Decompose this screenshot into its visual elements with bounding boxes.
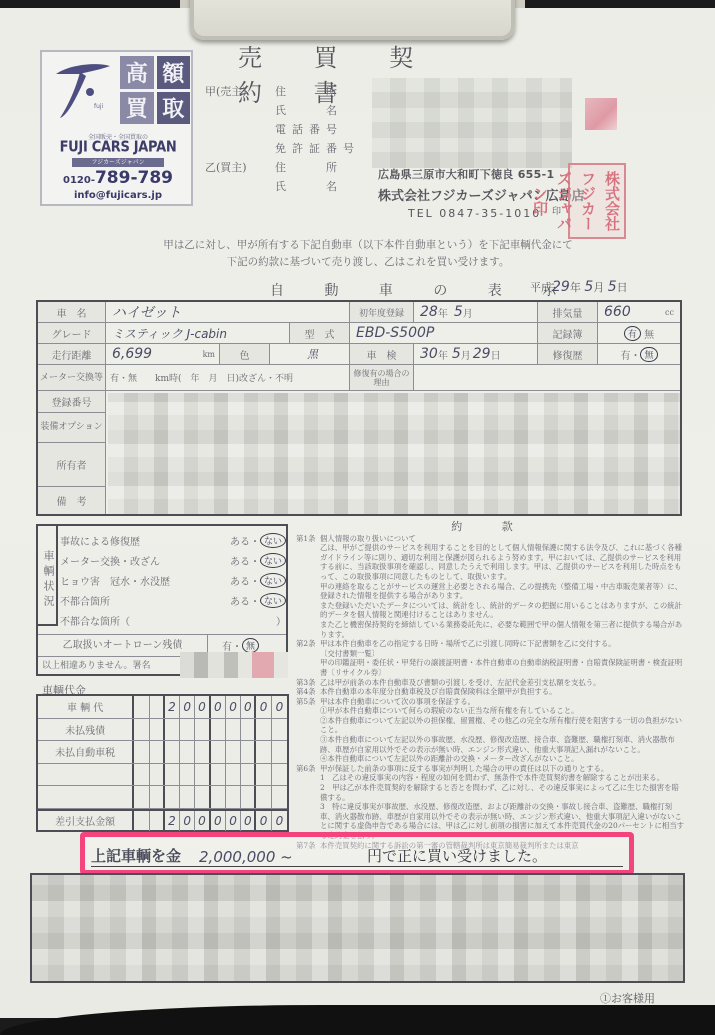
article-text: 個人情報の取り扱いについて — [320, 534, 686, 544]
status-rows: 事故による修復歴ある・ない メーター交換・改ざんある・ない ヒョウ害 冠水・水没… — [60, 530, 286, 630]
price-digit-cell[interactable]: 0 — [211, 811, 226, 831]
price-digit-cell[interactable]: 0 — [272, 696, 287, 718]
price-digit-cell[interactable]: 0 — [195, 696, 210, 718]
price-digit-cell[interactable] — [150, 741, 165, 763]
terms-article: 甲の連絡を取ることがサービスの運営上必要とされる場合、乙の提携先（整備工場・中古… — [296, 582, 686, 601]
status-label: 事故による修復歴 — [60, 533, 230, 548]
price-label: 差引支払金額 — [38, 811, 134, 831]
intro-line: 甲は乙に対し、甲が所有する下記自動車（以下本件自動車という）を下記車輌代金にて — [88, 237, 648, 254]
price-digit-cell[interactable] — [241, 786, 256, 808]
logo-kanji: 買 — [120, 92, 154, 125]
vehicle-grid: .vg { position:absolute; border-right:1p… — [36, 300, 682, 516]
price-digit-cell[interactable] — [165, 741, 180, 763]
price-digit-cell[interactable] — [165, 764, 180, 786]
article-number — [296, 601, 320, 620]
price-digit-cell[interactable] — [272, 764, 287, 786]
logo-kanji: 取 — [157, 92, 191, 125]
price-digit-cell[interactable] — [134, 764, 149, 786]
label-grade: グレード — [38, 323, 106, 344]
phone-number: 789-789 — [95, 168, 173, 188]
terms-article: また乙と機密保持契約を締結している業務委託先に、必要な範囲で甲の個人情報を第三者… — [296, 620, 686, 639]
price-digit-cell[interactable] — [180, 719, 195, 741]
price-row — [38, 786, 287, 809]
status-label: 不都合な箇所（ — [60, 613, 276, 628]
mileage-field[interactable]: 6,699km — [106, 344, 220, 365]
price-digit-cell[interactable] — [150, 764, 165, 786]
price-label: 未払自動車税 — [38, 741, 134, 763]
label-meter-swap: メーター交換等 — [38, 365, 106, 391]
article-number — [296, 716, 320, 735]
copy-label: ①お客様用 — [600, 990, 655, 1006]
price-digit-cell[interactable] — [241, 764, 256, 786]
terms-article: 甲の印鑑証明・委任状・甲発行の譲渡証明書・本件自動車の自動車納税証明書・自賠責保… — [296, 658, 686, 677]
article-number — [296, 658, 320, 677]
article-text: ④本件自動車について左記以外の距離計の交換・メーター改ざんがないこと。 — [320, 754, 686, 764]
article-text: 甲は本件自動車について次の事項を保証する。 — [320, 697, 686, 707]
status-selected: ない — [260, 573, 286, 588]
price-digit-cell[interactable] — [165, 786, 180, 808]
article-number — [296, 582, 320, 601]
status-label: ヒョウ害 冠水・水没歴 — [60, 573, 230, 588]
price-digit-cell[interactable] — [211, 764, 226, 786]
confirmation-amount[interactable]: 2,000,000 ~ — [199, 848, 359, 866]
price-digit-cell[interactable]: 0 — [241, 811, 256, 831]
price-digit-cell[interactable] — [272, 719, 287, 741]
article-number — [296, 773, 320, 783]
price-digit-cell[interactable] — [195, 719, 210, 741]
label-model-type: 型 式 — [290, 323, 350, 344]
repair-history-other: 有・ — [620, 347, 640, 362]
price-digit-cell[interactable]: 2 — [165, 696, 180, 718]
label-repair-reason: 修復有の場合の理由 — [350, 365, 414, 391]
article-text: 甲は本件自動車を乙の指定する日時・場所で乙に引渡し同時に下記書類を乙に交付する。 — [320, 639, 686, 649]
article-number — [296, 706, 320, 716]
clipboard-clip — [190, 0, 515, 40]
signature-redacted — [180, 652, 288, 678]
article-number: 第4条 — [296, 687, 320, 697]
company-stamp: 株式会社フジカーズジャパン印 — [568, 163, 626, 239]
grade-field[interactable]: ミスティック J-cabin — [106, 323, 290, 344]
price-digit-cell[interactable] — [180, 741, 195, 763]
price-digit-cell[interactable] — [226, 764, 241, 786]
price-digit-cell[interactable] — [226, 741, 241, 763]
repair-history-selected: 無 — [640, 347, 657, 362]
logo-sub-banner: フジカーズジャパン — [72, 158, 164, 167]
price-digit-cell[interactable]: 0 — [272, 811, 287, 831]
status-row[interactable]: メーター交換・改ざんある・ない — [60, 550, 286, 570]
vehicle-section-title: 自 動 車 の 表 示 — [270, 280, 574, 300]
loan-option: 有・ — [222, 638, 242, 653]
signature-area-redacted — [30, 873, 685, 983]
article-number: 第3条 — [296, 678, 320, 688]
article-text: また乙と機密保持契約を締結している業務委託先に、必要な範囲で甲の個人情報を第三者… — [320, 620, 686, 639]
price-digit-cell[interactable] — [256, 786, 271, 808]
seller-label: 甲(売主) — [205, 82, 275, 101]
status-option: ） — [276, 613, 286, 628]
price-digit-cell[interactable] — [134, 719, 149, 741]
confirmation-suffix: 円で正に買い受けました。 — [367, 845, 547, 866]
terms-article: 〔交付書類一覧〕 — [296, 649, 686, 659]
first-reg-year: 28 — [420, 304, 438, 320]
terms-article: 第2条甲は本件自動車を乙の指定する日時・場所で乙に引渡し同時に下記書類を乙に交付… — [296, 639, 686, 649]
article-text: ②本件自動車について左記以外の担保権、留置権、その他乙の完全な所有権行使を阻害す… — [320, 716, 686, 735]
terms-article: また登録いただいたデータについては、統計をし、統計的データの把握に用いることはあ… — [296, 601, 686, 620]
label-car-name: 車 名 — [38, 302, 106, 323]
purchase-confirmation-highlight: 上記車輌を金 2,000,000 ~ 円で正に買い受けました。 — [80, 832, 634, 875]
label-repair-history: 修復歴 — [538, 344, 598, 365]
price-digit-cell[interactable]: 0 — [180, 811, 195, 831]
purchase-confirmation: 上記車輌を金 2,000,000 ~ 円で正に買い受けました。 — [91, 843, 623, 867]
price-label: 車 輌 代 — [38, 696, 134, 718]
company-logo: fuji 高 額 買 取 全国販売・全国買取の FUJI CARS JAPAN … — [40, 50, 193, 206]
price-digit-cell[interactable]: 0 — [256, 811, 271, 831]
price-digit-cell[interactable] — [134, 786, 149, 808]
price-digit-cell[interactable] — [134, 696, 149, 718]
article-number — [296, 649, 320, 659]
price-table: 車 輌 代20000000未払残債未払自動車税差引支払金額20000000 — [36, 694, 289, 832]
status-row[interactable]: 不都合箇所ある・ない — [60, 590, 286, 610]
article-text: ③本件自動車について左記以外の事故歴、水没歴、修復改造歴、接合車、盗難歴、職権打… — [320, 735, 686, 754]
terms-article: ③本件自動車について左記以外の事故歴、水没歴、修復改造歴、接合車、盗難歴、職権打… — [296, 735, 686, 754]
inspection-day: 29 — [473, 346, 491, 362]
price-digit-cell[interactable] — [211, 741, 226, 763]
repair-history-field[interactable]: 有・無 — [598, 344, 680, 365]
confirmation-label: 上記車輌を金 — [91, 845, 181, 866]
date-suffix: 日 — [617, 281, 628, 294]
article-number: 第1条 — [296, 534, 320, 544]
price-digit-cell[interactable] — [134, 811, 149, 831]
logo-email: info@fujicars.jp — [48, 190, 188, 201]
mileage-unit: km — [203, 350, 215, 359]
terms-title: 約 款 — [296, 522, 686, 532]
article-text: 甲の印鑑証明・委任状・甲発行の譲渡証明書・本件自動車の自動車納税証明書・自賠責保… — [320, 658, 686, 677]
vehicle-details-redacted — [108, 393, 680, 514]
terms-article: 乙は、甲がご提供のサービスを利用することを目的として個人情報保護に関する法令及び… — [296, 543, 686, 581]
car-name-value: ハイゼット — [112, 302, 181, 322]
date-year: 29 — [552, 279, 570, 295]
price-row: 車 輌 代20000000 — [38, 696, 287, 719]
field-label: 住 所 — [275, 158, 375, 177]
price-label — [38, 764, 134, 786]
mileage-value: 6,699 — [112, 346, 152, 362]
article-text: 本件自動車の本年度分自動車税及び自賠責保険料は全額甲が負担する。 — [320, 687, 686, 697]
article-number — [296, 543, 320, 581]
article-text: 1 乙はその違反事実の内容・程度の如何を問わず、無条件で本件売買契約書を解除する… — [320, 773, 686, 783]
label-registration-no: 登録番号 — [38, 391, 106, 413]
price-digit-cell[interactable]: 0 — [211, 696, 226, 718]
price-digit-cell[interactable]: 0 — [256, 696, 271, 718]
article-number: 第6条 — [296, 764, 320, 774]
label-color: 色 — [220, 344, 270, 365]
terms-article: 2 甲は乙が本件売買契約を解除すると否とを問わず、乙に対し、その違反事実によって… — [296, 783, 686, 802]
status-option: ある・ — [230, 553, 260, 568]
price-row: 未払残債 — [38, 719, 287, 742]
first-registration-field[interactable]: 28年 5月 — [414, 302, 538, 323]
phone-prefix: 0120- — [63, 175, 95, 186]
party-labels: 甲(売主)住 所 氏 名 電話番号 免許証番号 乙(買主)住 所 氏 名 — [205, 82, 375, 196]
intro-line: 下記の約款に基づいて売り渡し、乙はこれを買い受けます。 — [88, 254, 648, 271]
price-digit-cell[interactable]: 0 — [226, 811, 241, 831]
price-label — [38, 786, 134, 808]
price-digit-cell[interactable] — [241, 719, 256, 741]
fuji-logo-icon: fuji — [50, 60, 114, 122]
field-label: 氏 名 — [275, 101, 375, 120]
price-digit-cell[interactable] — [150, 696, 165, 718]
price-digit-cell[interactable] — [195, 741, 210, 763]
seller-seal-redacted — [585, 98, 617, 130]
price-digit-cell[interactable] — [256, 764, 271, 786]
repair-reason-field[interactable] — [414, 365, 680, 391]
price-digit-cell[interactable]: 0 — [180, 696, 195, 718]
status-option: ある・ — [230, 593, 260, 608]
terms-article: ④本件自動車について左記以外の距離計の交換・メーター改ざんがないこと。 — [296, 754, 686, 764]
price-digit-cell[interactable] — [256, 741, 271, 763]
seller-info-redacted — [372, 78, 572, 168]
label-mileage: 走行距離 — [38, 344, 106, 365]
logo-company-name: FUJI CARS JAPAN — [48, 139, 188, 156]
price-row — [38, 764, 287, 787]
price-digit-cell[interactable] — [226, 719, 241, 741]
price-total-row: 差引支払金額20000000 — [38, 809, 287, 831]
article-text: また登録いただいたデータについては、統計をし、統計的データの把握に用いることはあ… — [320, 601, 686, 620]
status-row[interactable]: 不都合な箇所（） — [60, 610, 286, 630]
unit-month: 月 — [461, 347, 471, 362]
status-side-label: 車輌状況 — [38, 526, 58, 626]
terms-article: ②本件自動車について左記以外の担保権、留置権、その他乙の完全な所有権行使を阻害す… — [296, 716, 686, 735]
status-option: ある・ — [230, 573, 260, 588]
price-digit-cell[interactable] — [180, 764, 195, 786]
date-month: 5 — [584, 279, 593, 295]
terms-article: 第4条本件自動車の本年度分自動車税及び自賠責保険料は全額甲が負担する。 — [296, 687, 686, 697]
unit-year: 年 — [438, 305, 448, 320]
record-book-field[interactable]: 有 無 — [598, 323, 680, 344]
status-option: ある・ — [230, 533, 260, 548]
price-digit-cell[interactable] — [211, 719, 226, 741]
contract-date: 平成29年 5月 5日 — [530, 279, 628, 295]
price-digit-cell[interactable] — [150, 811, 165, 831]
price-digit-cell[interactable] — [256, 719, 271, 741]
meter-swap-text: 有・無 km時( 年 月 日)改ざん・不明 — [110, 371, 293, 384]
price-digit-cell[interactable] — [195, 786, 210, 808]
price-digit-cell[interactable]: 0 — [226, 696, 241, 718]
svg-text:fuji: fuji — [94, 103, 104, 110]
price-digit-cell[interactable] — [134, 741, 149, 763]
price-digit-cell[interactable]: 2 — [165, 811, 180, 831]
status-row[interactable]: 事故による修復歴ある・ない — [60, 530, 286, 550]
model-type-field[interactable]: EBD-S500P — [350, 323, 538, 344]
terms-article: ①甲が本件自動車について何らの瑕疵のない正当な所有権を有していること。 — [296, 706, 686, 716]
label-equipment: 装備オプション — [38, 413, 106, 443]
terms-article: 第6条甲が保証した前条の事項に反する事実が判明した場合の甲の責任は以下の通りとす… — [296, 764, 686, 774]
price-digit-cell[interactable] — [272, 741, 287, 763]
displacement-unit: cc — [665, 308, 674, 317]
date-suffix: 年 — [570, 281, 581, 294]
article-text: 〔交付書類一覧〕 — [320, 649, 686, 659]
terms-section: 約 款 第1条個人情報の取り扱いについて乙は、甲がご提供のサービスを利用すること… — [296, 522, 686, 850]
logo-phone: 0120-789-789 — [48, 168, 188, 188]
logo-kanji: 高 — [120, 56, 154, 89]
terms-article: 第3条乙は甲が前条の本件自動車及び書類の引渡しを受け、左記代金差引支払額を支払う… — [296, 678, 686, 688]
label-first-registration: 初年度登録 — [350, 302, 414, 323]
model-type-value: EBD-S500P — [356, 325, 434, 341]
price-digit-cell[interactable]: 0 — [241, 696, 256, 718]
car-name-field[interactable]: ハイゼット — [106, 302, 350, 323]
article-number: 第5条 — [296, 697, 320, 707]
date-era: 平成 — [530, 281, 552, 294]
logo-kanji: 額 — [157, 56, 191, 89]
status-selected: ない — [260, 593, 286, 608]
field-label: 住 所 — [275, 82, 375, 101]
price-digit-cell[interactable] — [150, 719, 165, 741]
field-label: 電話番号 — [275, 120, 375, 139]
label-inspection: 車 検 — [350, 344, 414, 365]
price-digit-cell[interactable]: 0 — [195, 811, 210, 831]
price-label: 未払残債 — [38, 719, 134, 741]
confirm-text: 以上相違ありません。署名 — [42, 661, 151, 671]
inspection-month: 5 — [452, 346, 461, 362]
article-text: 甲の連絡を取ることがサービスの運営上必要とされる場合、乙の提携先（整備工場・中古… — [320, 582, 686, 601]
price-digit-cell[interactable] — [180, 786, 195, 808]
terms-list: 第1条個人情報の取り扱いについて乙は、甲がご提供のサービスを利用することを目的と… — [296, 534, 686, 851]
status-row[interactable]: ヒョウ害 冠水・水没歴ある・ない — [60, 570, 286, 590]
price-digit-cell[interactable] — [272, 786, 287, 808]
article-text: 2 甲は乙が本件売買契約を解除すると否とを問わず、乙に対し、その違反事実によって… — [320, 783, 686, 802]
label-record-book: 記録簿 — [538, 323, 598, 344]
inspection-field[interactable]: 30年 5月 29日 — [414, 344, 538, 365]
terms-article: 1 乙はその違反事実の内容・程度の如何を問わず、無条件で本件売買契約書を解除する… — [296, 773, 686, 783]
article-text: 乙は、甲がご提供のサービスを利用することを目的として個人情報保護に関する法令及び… — [320, 543, 686, 581]
label-displacement: 排気量 — [538, 302, 598, 323]
price-digit-cell[interactable] — [195, 764, 210, 786]
unit-year: 年 — [438, 347, 448, 362]
label-owner: 所有者 — [38, 443, 106, 487]
loan-selected: 無 — [242, 638, 259, 653]
status-selected: ない — [260, 553, 286, 568]
article-number: 第2条 — [296, 639, 320, 649]
date-day: 5 — [608, 279, 617, 295]
displacement-field[interactable]: 660cc — [598, 302, 680, 323]
article-number — [296, 735, 320, 754]
unit-day: 日 — [491, 347, 501, 362]
label-remarks: 備 考 — [38, 487, 106, 514]
status-selected: ない — [260, 533, 286, 548]
field-label: 氏 名 — [275, 177, 375, 196]
price-digit-cell[interactable] — [165, 719, 180, 741]
record-book-other: 無 — [641, 326, 654, 341]
article-number — [296, 620, 320, 639]
article-number — [296, 754, 320, 764]
price-digit-cell[interactable] — [211, 786, 226, 808]
article-text: 乙は甲が前条の本件自動車及び書類の引渡しを受け、左記代金差引支払額を支払う。 — [320, 678, 686, 688]
terms-article: 第5条甲は本件自動車について次の事項を保証する。 — [296, 697, 686, 707]
field-label: 免許証番号 — [275, 139, 375, 158]
color-field[interactable]: 黒 — [270, 344, 350, 365]
status-label: メーター交換・改ざん — [60, 553, 230, 568]
color-value: 黒 — [307, 346, 318, 362]
price-row: 未払自動車税 — [38, 741, 287, 764]
displacement-value: 660 — [604, 304, 631, 320]
status-label: 不都合箇所 — [60, 593, 230, 608]
inspection-year: 30 — [420, 346, 438, 362]
date-suffix: 月 — [593, 281, 604, 294]
price-digit-cell[interactable] — [150, 786, 165, 808]
first-reg-month: 5 — [454, 304, 463, 320]
terms-article: 第1条個人情報の取り扱いについて — [296, 534, 686, 544]
meter-swap-field[interactable]: 有・無 km時( 年 月 日)改ざん・不明 — [106, 365, 350, 391]
logo-kanji-grid: 高 額 買 取 — [120, 56, 190, 124]
price-rows: 車 輌 代20000000未払残債未払自動車税差引支払金額20000000 — [38, 696, 287, 831]
price-digit-cell[interactable] — [226, 786, 241, 808]
article-number — [296, 783, 320, 802]
record-book-selected: 有 — [624, 326, 641, 341]
grade-value: ミスティック J-cabin — [112, 325, 227, 342]
price-digit-cell[interactable] — [241, 741, 256, 763]
buyer-label: 乙(買主) — [205, 158, 275, 177]
intro-text: 甲は乙に対し、甲が所有する下記自動車（以下本件自動車という）を下記車輌代金にて … — [88, 237, 648, 271]
unit-month: 月 — [463, 305, 473, 320]
article-text: ①甲が本件自動車について何らの瑕疵のない正当な所有権を有していること。 — [320, 706, 686, 716]
article-text: 甲が保証した前条の事項に反する事実が判明した場合の甲の責任は以下の通りとする。 — [320, 764, 686, 774]
